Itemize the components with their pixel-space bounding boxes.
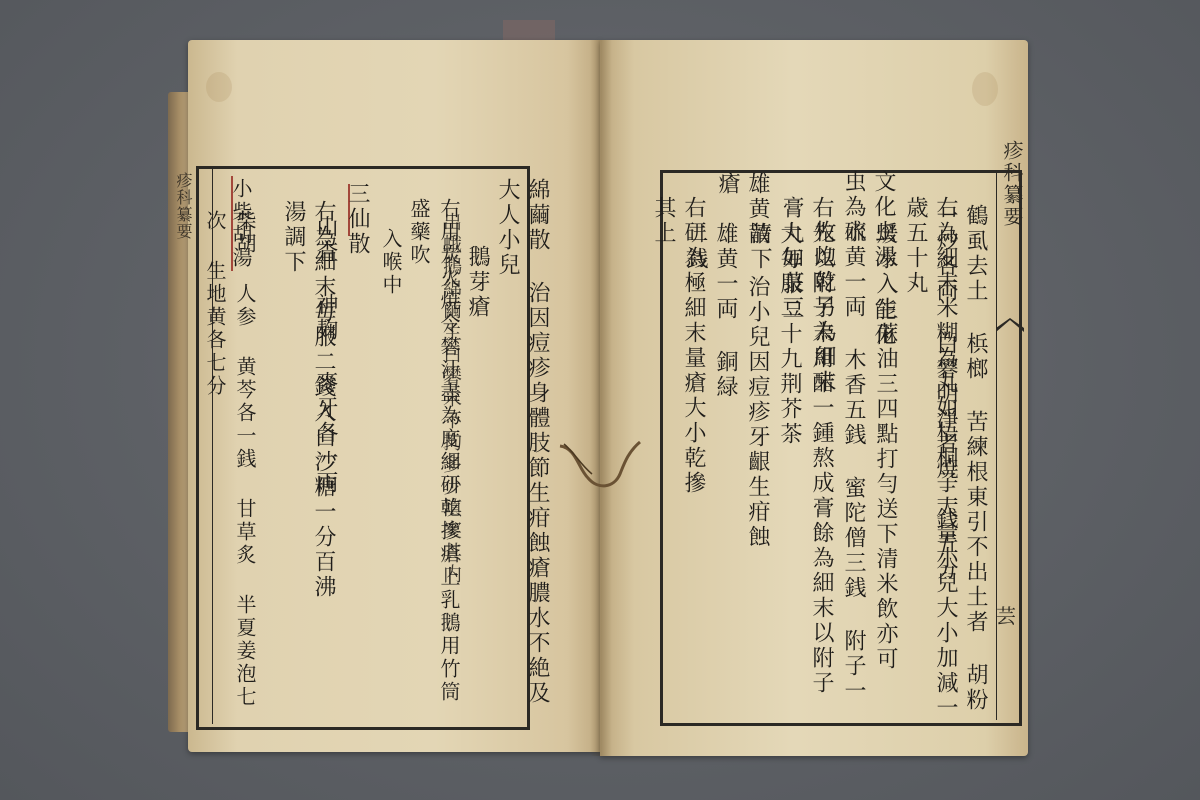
binding-thread-tear <box>558 438 642 494</box>
text-column: 鵝芽瘡 <box>462 245 492 365</box>
text-column: 三仙散 <box>342 182 372 282</box>
left-spine-title: 疹科纂要 <box>172 172 195 240</box>
text-column: 綿繭散 治因痘疹身體肢節生疳蝕瘡膿水不絶及大人小兒 <box>492 178 552 718</box>
paper-stain <box>206 72 232 102</box>
book-gutter <box>590 40 612 756</box>
text-column: 右為細末米糊為丸如梧桐子大量小兒大小加減一歳五十丸 <box>900 196 960 721</box>
book-title-margin: 疹科纂要 <box>998 140 1027 228</box>
text-column: 右研為極細末量瘡大小乾摻其上 <box>648 196 708 516</box>
text-column: 柴胡 人参 黄芩各一銭 甘草炙 半夏姜泡七次 生地黄各七分 <box>200 210 260 720</box>
text-column: 右用炭火焼令礬汁盡為度細研乾摻瘡上乳鵝用竹筒盛藥吹 <box>404 198 464 718</box>
fish-tail-marker-icon <box>996 318 1024 332</box>
text-column: 右為細末毎服二錢入白沙糖一分百沸湯調下 <box>278 200 338 620</box>
paper-tab-marker <box>503 20 555 42</box>
paper-stain <box>972 72 998 106</box>
right-margin-rule <box>996 170 997 720</box>
page-number: 芸 <box>996 600 1016 629</box>
text-column: 入喉中 <box>376 228 406 328</box>
